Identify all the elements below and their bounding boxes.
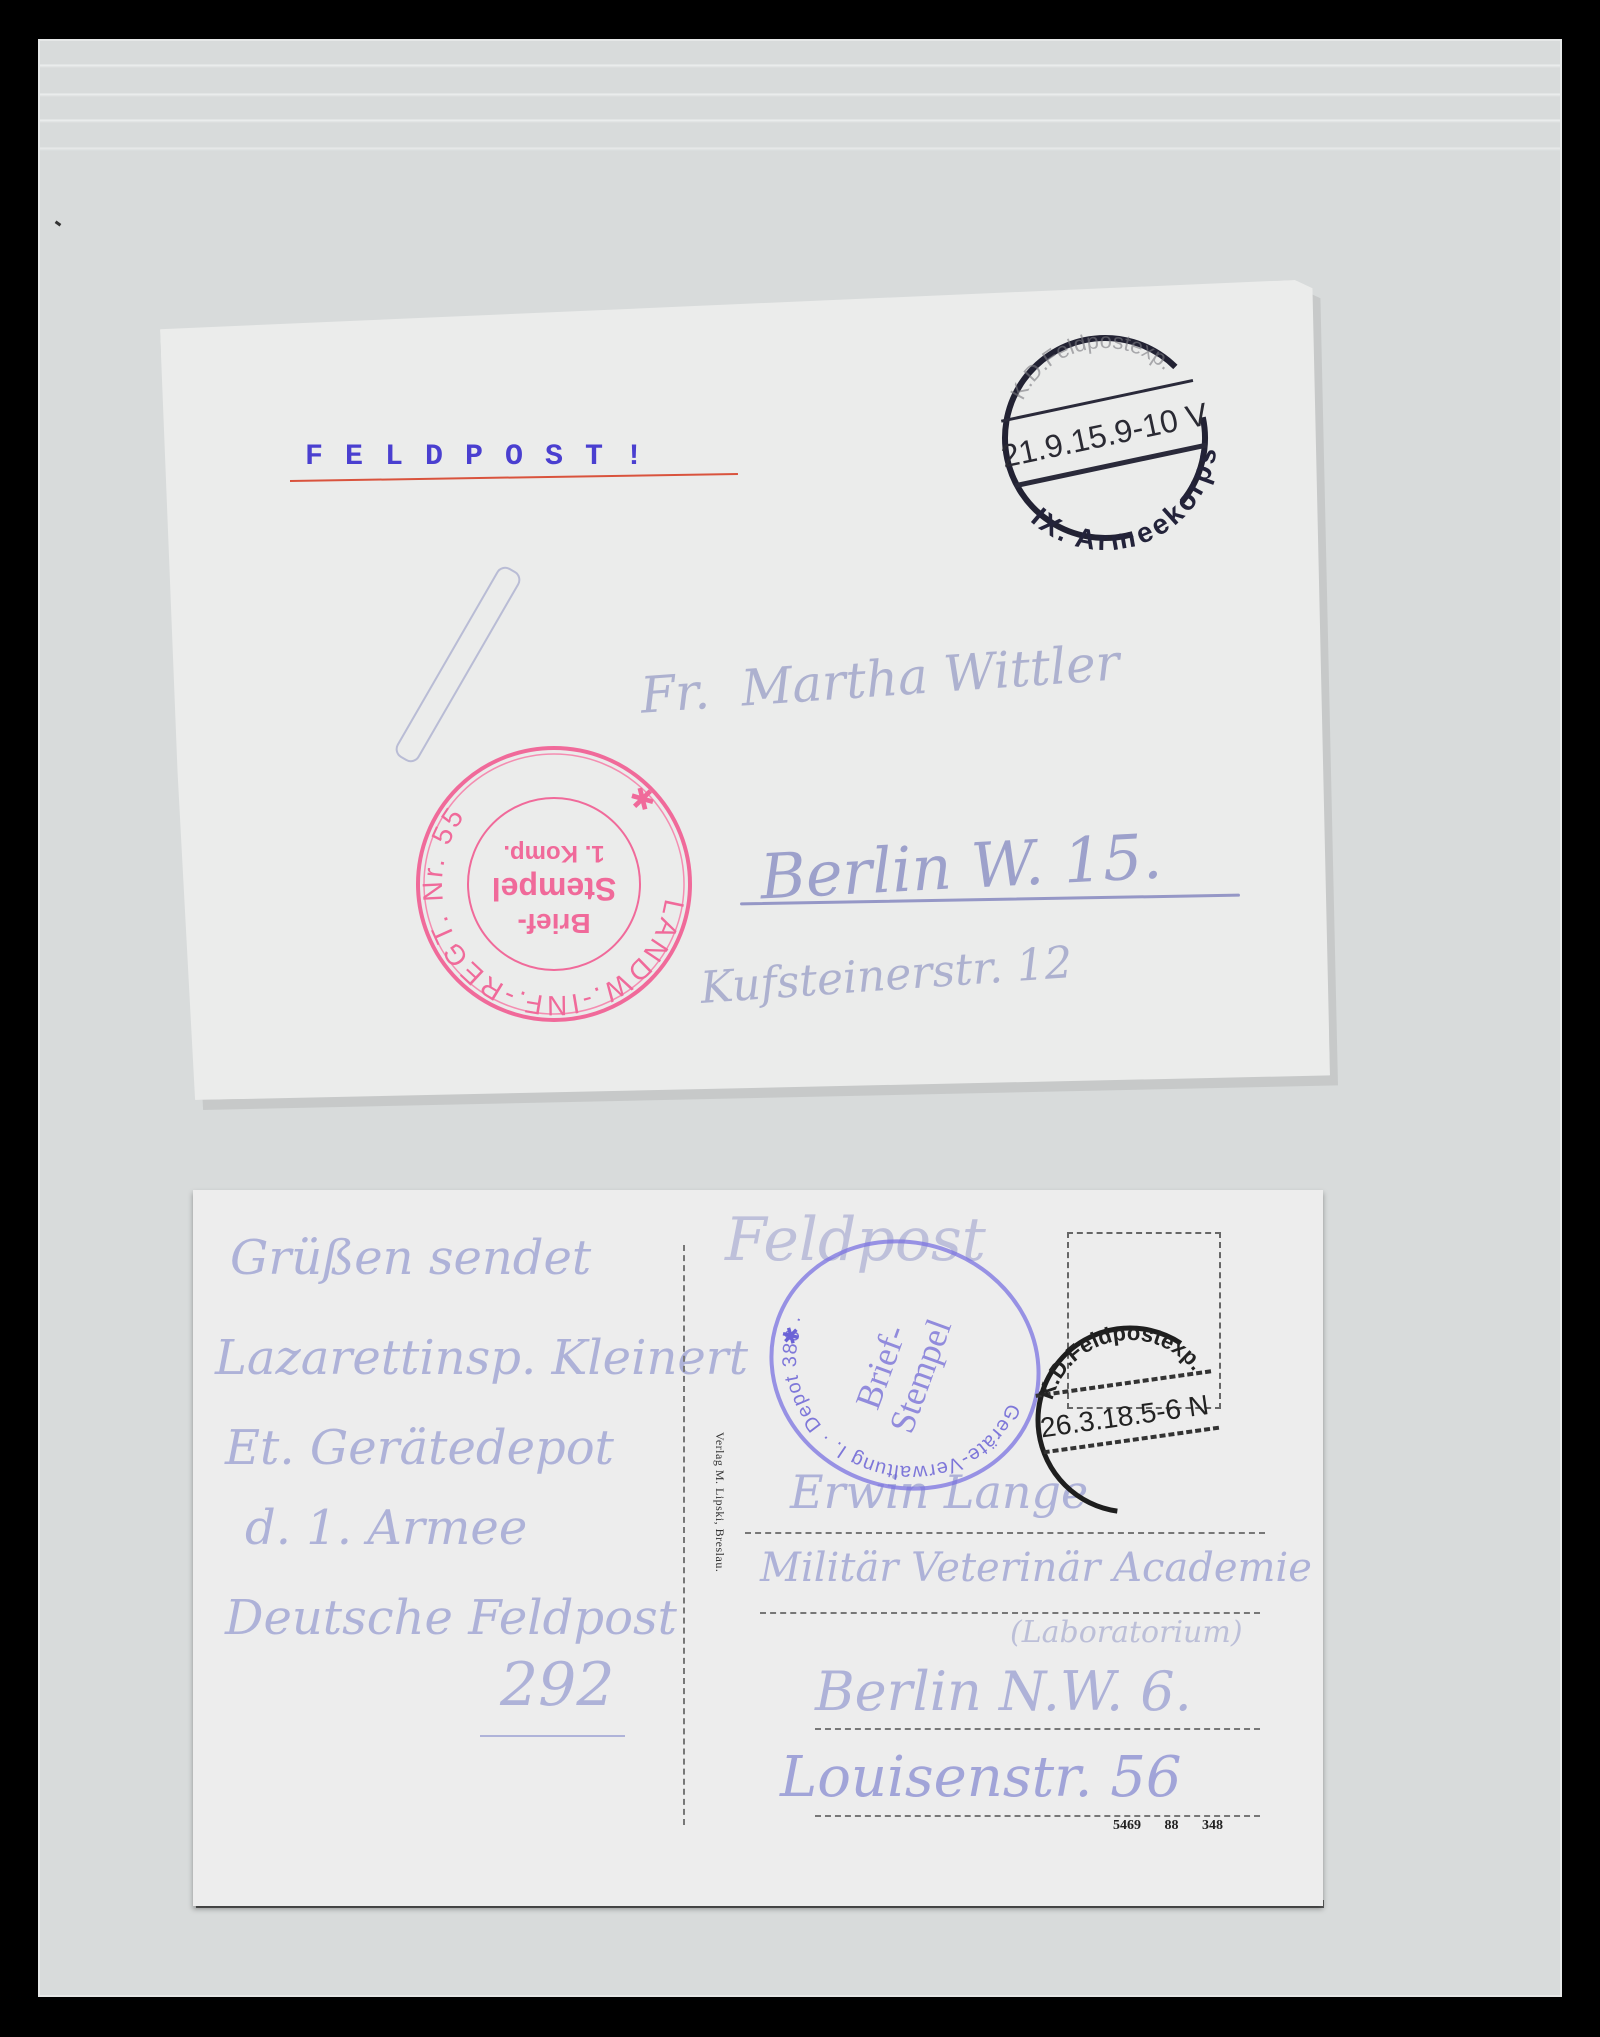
postcard-postmark-icon: K.D.Feldpostexp. 26.3.18.5-6 N [1025,1315,1235,1525]
postcard-postmark-date: 26.3.18.5-6 N [1038,1389,1210,1443]
svg-text:K.D.Feldpostexp.: K.D.Feldpostexp. [996,312,1181,408]
postcard-address-street: Louisenstr. 56 [780,1745,1182,1810]
typed-feldpost-header: FELDPOST! [305,440,665,474]
svg-text:1. Komp.: 1. Komp. [503,840,604,867]
address-line [745,1532,1265,1534]
envelope-postmark-icon: K.D.Feldpostexp. 21.9.15.9-10 V IX. Arme… [985,318,1225,558]
postcard-address-city: Berlin N.W. 6. [815,1660,1192,1723]
address-line [815,1728,1260,1730]
address-line [760,1612,1260,1614]
postcard-message-line: Grüßen sendet [230,1230,591,1286]
address-line [815,1815,1260,1817]
envelope-postmark-date: 21.9.15.9-10 V [998,395,1211,474]
postcard-message-line: Et. Gerätedepot [225,1420,614,1476]
number-underline [480,1735,625,1737]
svg-text:Stempel: Stempel [492,871,616,907]
postcard-address-institution: Militär Veterinär Academie [760,1545,1312,1591]
postcard-print-code: 5469 88 348 [1113,1818,1223,1834]
depot-stamp-icon: Geräte-Verwaltung I. · Depot 386 · ✱ Bri… [760,1235,1050,1495]
postcard-message-line: Lazarettinsp. Kleinert [215,1330,748,1386]
postcard-address-department: (Laboratorium) [1010,1615,1243,1650]
postcard-message-line: Deutsche Feldpost [225,1590,677,1646]
regiment-stamp-icon: LANDW.-INF.-REGT. Nr. 55 ✱ Brief- Stempe… [412,742,696,1026]
svg-text:Brief-: Brief- [517,908,590,939]
postcard-message-line: d. 1. Armee [245,1500,527,1556]
svg-text:✱: ✱ [621,779,662,820]
publisher-imprint: Verlag M. Lipski, Breslau. [712,1432,727,1572]
postcard-divider [683,1245,685,1825]
postcard-feldpost-number: 292 [500,1650,615,1720]
svg-text:K.D.Feldpostexp.: K.D.Feldpostexp. [1025,1309,1213,1406]
